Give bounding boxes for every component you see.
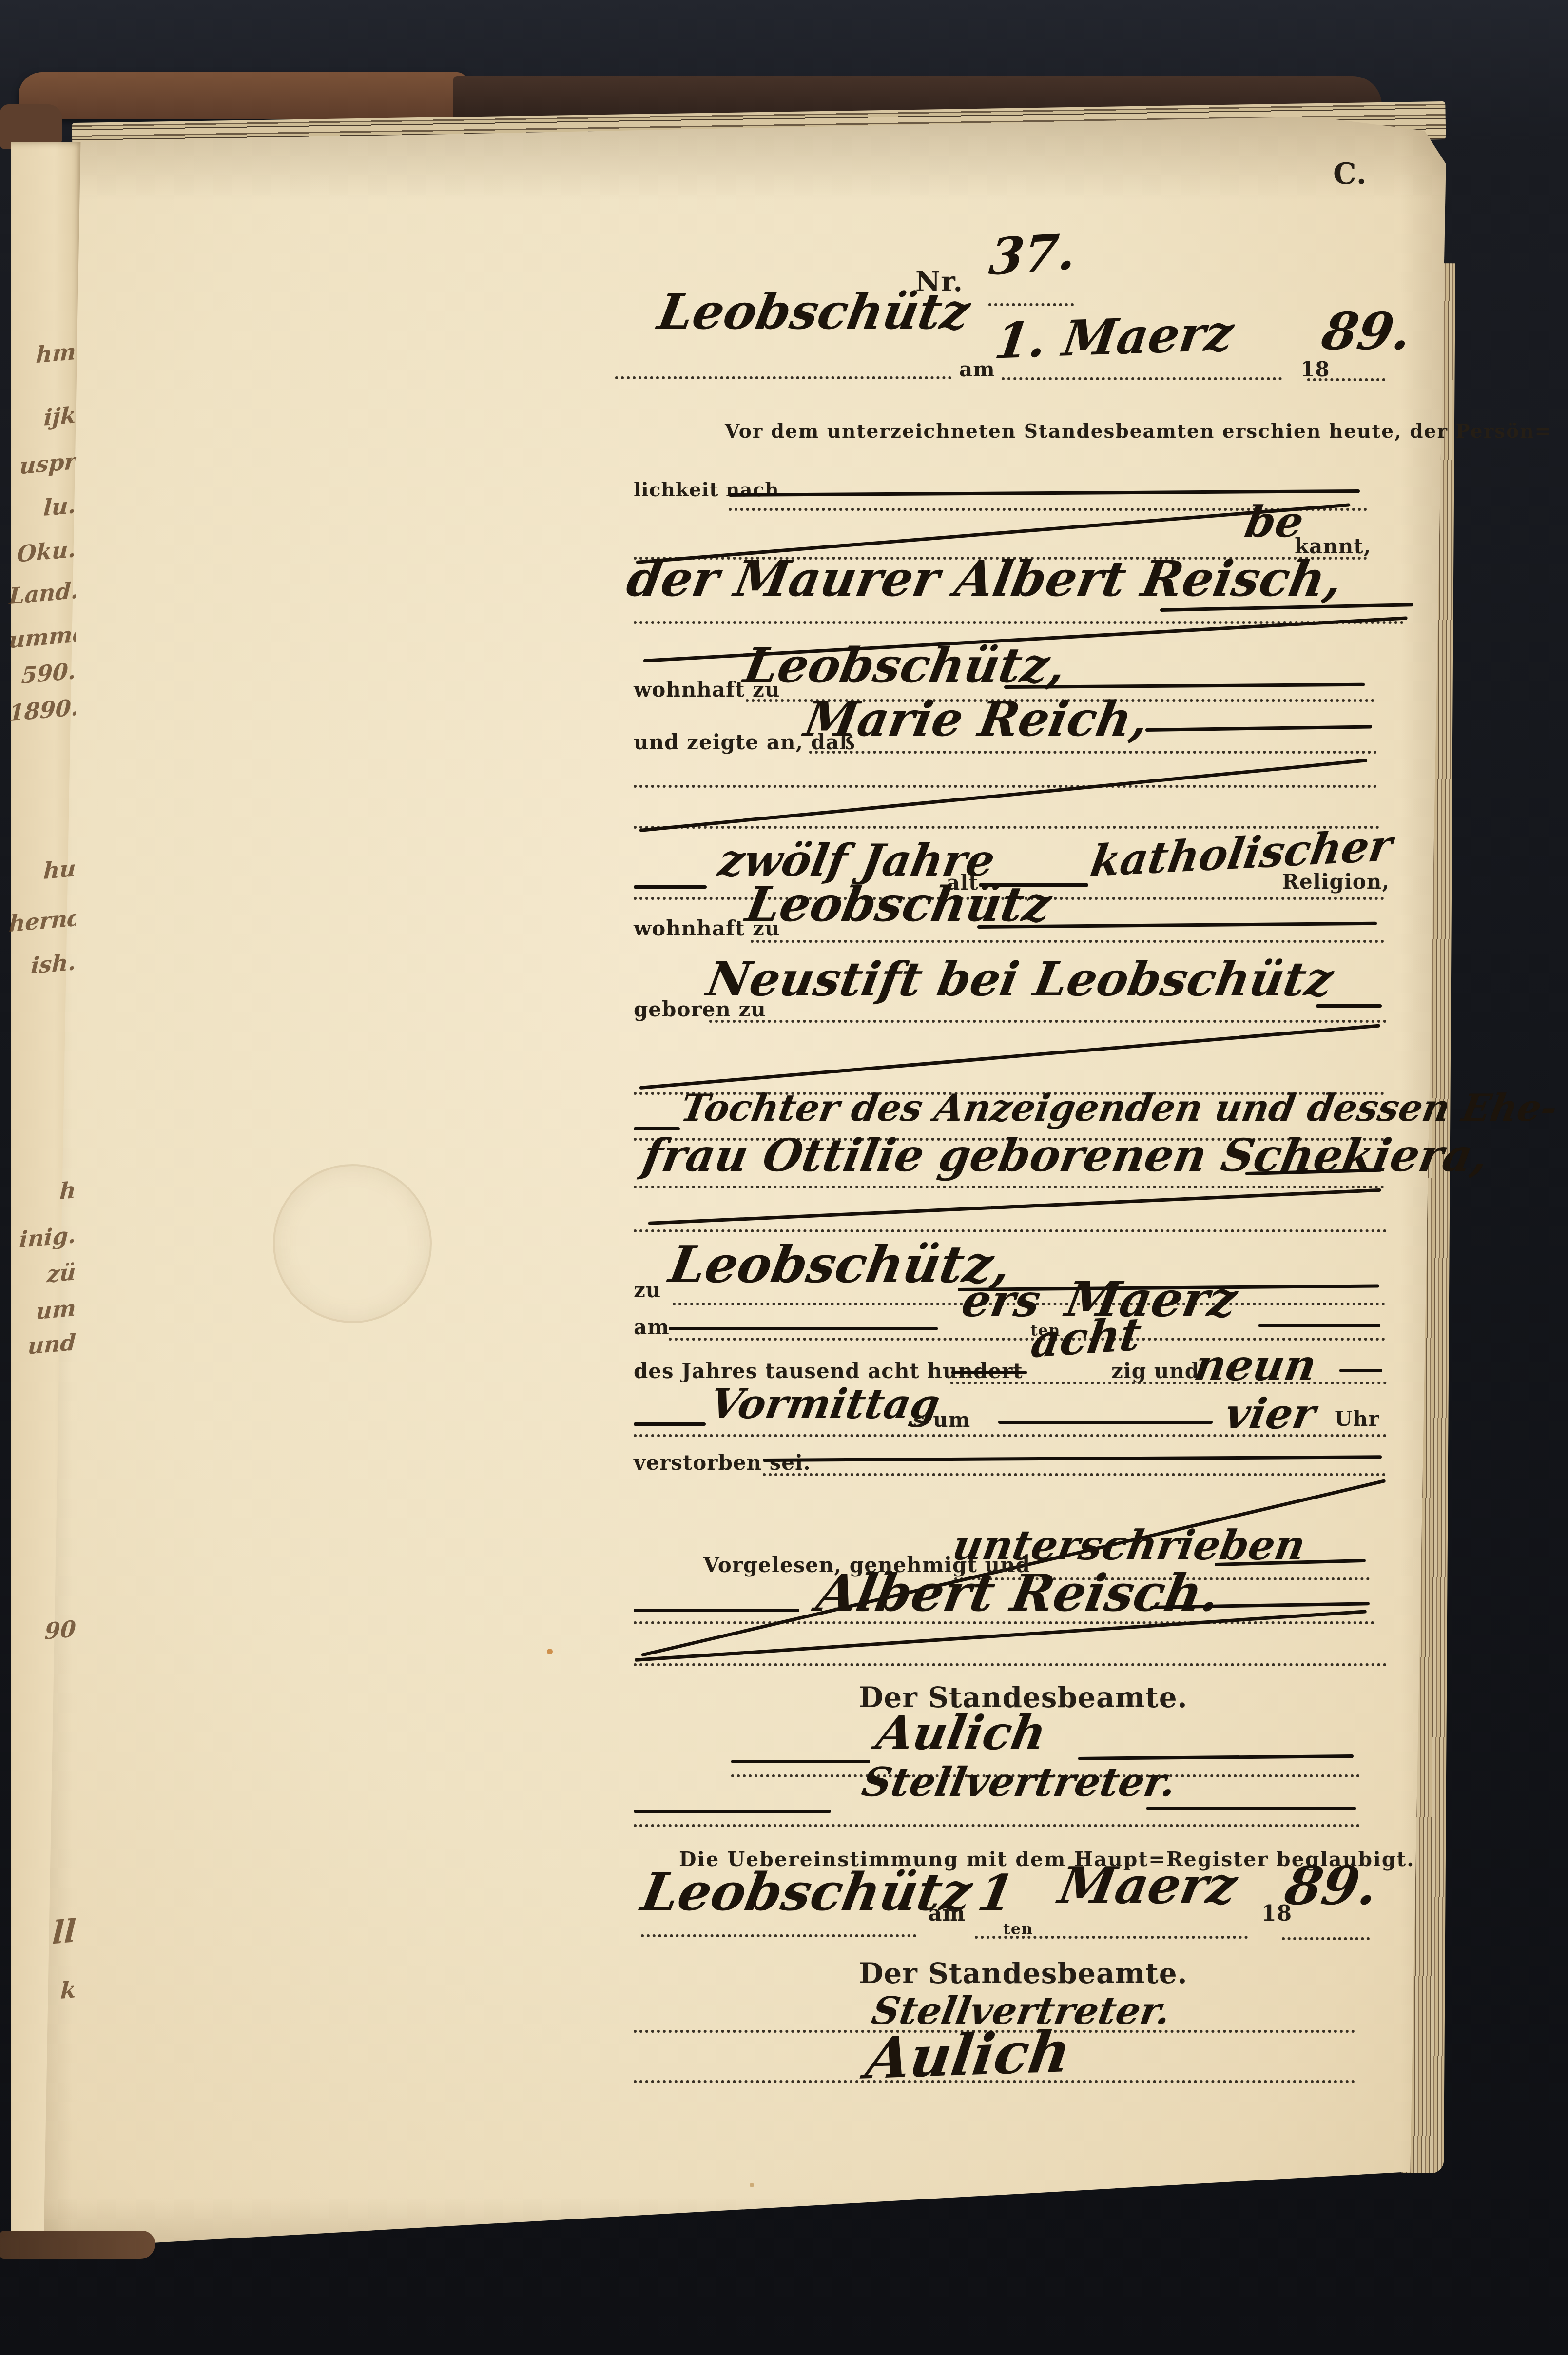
record-number-value: 37.	[987, 222, 1079, 287]
signature-albert-reisch: Albert Reisch.	[813, 1563, 1225, 1623]
uhr-label: Uhr	[1335, 1407, 1379, 1431]
entry-relation-line2: frau Ottilie geborenen Schekiera,	[639, 1129, 1492, 1182]
dateline-year-written: 89.	[1317, 301, 1416, 361]
page-letter-marker: C.	[1333, 157, 1367, 191]
intro-line-2: lichkeit nach	[634, 479, 779, 501]
cert-year-written: 89.	[1280, 1855, 1383, 1917]
entry-birthplace: Neustift bei Leobschütz	[703, 952, 1337, 1007]
entry-deceased-residence: Leobschütz	[742, 876, 1056, 933]
entry-relation-line1: Tochter des Anzeigenden und dessen Ehe-	[678, 1086, 1560, 1129]
am-label: am	[634, 1315, 670, 1339]
book-spine-leather	[19, 72, 467, 119]
entry-death-place: Leobschütz,	[665, 1234, 1015, 1294]
margin-fragment: ll	[8, 1913, 77, 1956]
verstorben-label: verstorben sei.	[634, 1451, 811, 1475]
cert-place: Leobschütz	[637, 1861, 976, 1922]
book-cover-bottom-corner	[0, 2231, 155, 2259]
dateline-day-month: 1. Maerz	[991, 304, 1237, 370]
entry-deceased-name: Marie Reich,	[800, 691, 1153, 747]
signature-aulich: Aulich	[872, 1705, 1050, 1760]
role-stellvertreter-1: Stellvertreter.	[859, 1759, 1180, 1806]
entry-daytime: Vormittag	[706, 1380, 944, 1428]
zu-label: zu	[634, 1278, 661, 1302]
entry-death-day: ers	[958, 1274, 1045, 1327]
cert-am-label: am	[928, 1901, 966, 1926]
zig-und-label: zig und	[1111, 1359, 1200, 1383]
embossed-seal	[273, 1164, 432, 1323]
dateline-place: Leobschütz	[654, 283, 974, 340]
foxing-spot	[547, 1649, 553, 1654]
foxing-spot	[750, 2183, 754, 2187]
s-um-label: s um	[913, 1408, 970, 1432]
dateline-am-label: am	[959, 357, 995, 381]
book-scan: { "page_marker": "C.", "record": { "no_l…	[0, 0, 1568, 2355]
entry-hour: vier	[1221, 1389, 1319, 1439]
religion-label: Religion,	[1282, 870, 1390, 894]
cert-month: Maerz	[1054, 1855, 1241, 1915]
registrar-title-2: Der Standesbeamte.	[859, 1957, 1188, 1990]
intro-line-1: Vor dem unterzeichneten Standesbeamten e…	[725, 420, 1551, 443]
entry-declarant: der Maurer Albert Reisch,	[623, 550, 1347, 607]
